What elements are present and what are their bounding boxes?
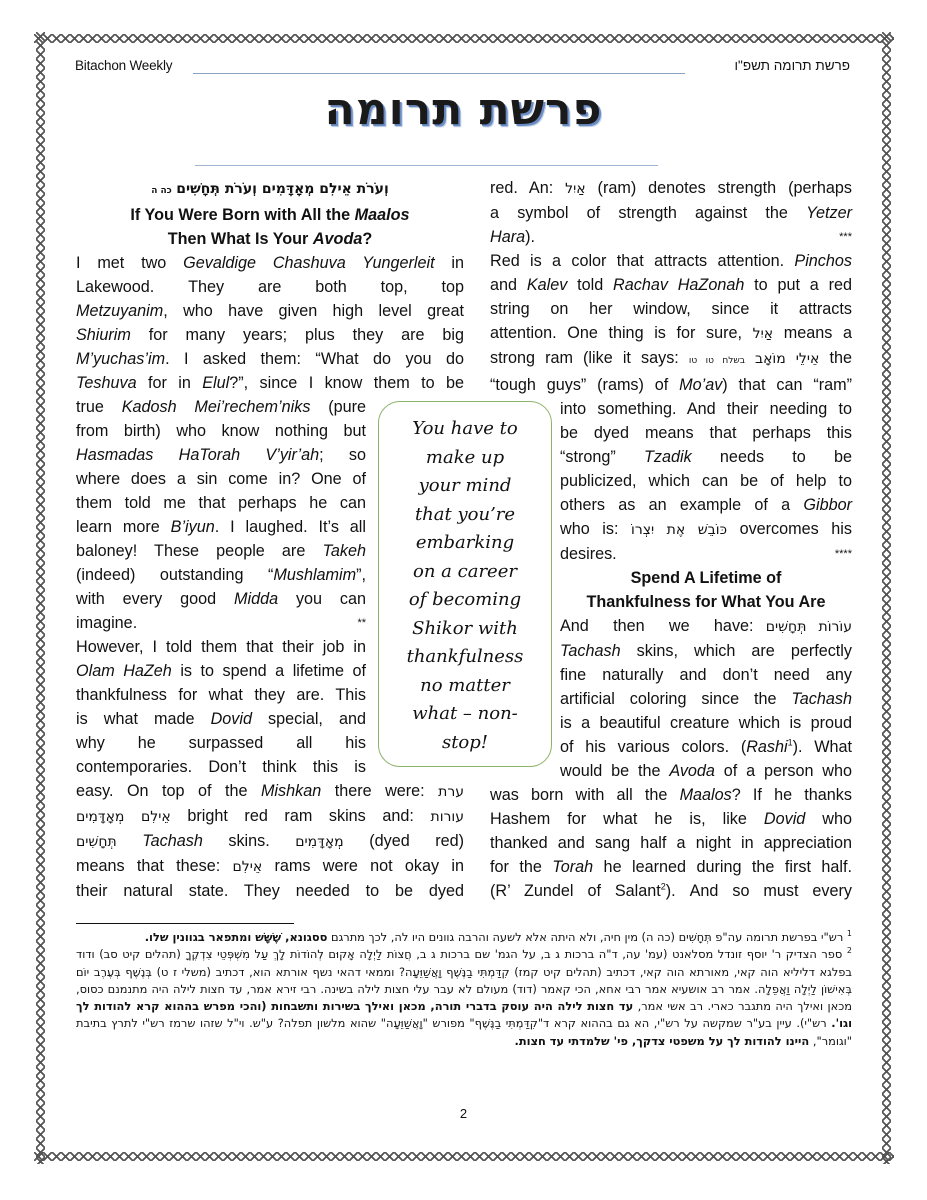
section-heading-hebrew: וְעֹרֹת אֵילִם מְאָדָּמִים וְעֹרֹת תְּחָ… (76, 176, 464, 203)
text-line: Olam HaZeh is to spend a lifetime of (76, 659, 366, 683)
publication-name: Bitachon Weekly (75, 58, 172, 73)
text-line: Lakewood. They are both top, top (76, 275, 464, 299)
text-line: publicized, which can be of help to (560, 469, 852, 493)
text-line: imagine.** (76, 611, 366, 635)
title-rule (195, 165, 658, 166)
text-line: strong ram (like it says: אֵילֵי מוֹאָב … (490, 346, 852, 373)
text-line: and Kalev told Rachav HaZonah to put a r… (490, 273, 852, 297)
footnote-1: 1 רש"י בפרשת תרומה עה"פ תְּחָשִׁים (כה ה… (76, 929, 852, 946)
text-line: with every good Midda you can (76, 587, 366, 611)
text-line: means that these: אֵילִם rams were not o… (76, 854, 464, 879)
right-column: red. An: אַיִל (ram) denotes strength (p… (490, 176, 852, 903)
decorative-border-left (34, 32, 48, 1164)
page-title: פרשת תרומה (0, 84, 927, 135)
text-line: Tachash skins, which are perfectly (560, 639, 852, 663)
parsha-year: פרשת תרומה תשפ"ו (735, 58, 850, 73)
section-stars: ** (357, 611, 366, 635)
text-line: from birth) who know nothing but (76, 419, 366, 443)
text-line: “strong” Tzadik needs to be (560, 445, 852, 469)
text-line: is what made Dovid special, and (76, 707, 366, 731)
text-line: where does a sin come in? One of (76, 467, 366, 491)
section-heading-line-1: Spend A Lifetime of (560, 566, 852, 590)
text-line: M’yuchas’im. I asked them: “What do you … (76, 347, 464, 371)
text-line: Metzuyanim, who have given high level gr… (76, 299, 464, 323)
text-line: (indeed) outstanding “Mushlamim”, (76, 563, 366, 587)
running-header: Bitachon Weekly פרשת תרומה תשפ"ו (75, 56, 850, 78)
footnote-ref-1[interactable]: 1 (788, 738, 793, 748)
text-line: thankfulness for what they are. This (76, 683, 366, 707)
text-line: them told me that perhaps he can (76, 491, 366, 515)
text-line: for the Torah he learned during the firs… (490, 855, 852, 879)
text-line: attention. One thing is for sure, אַיִל … (490, 321, 852, 346)
section-heading-line-1: If You Were Born with All the Maalos (76, 203, 464, 227)
footnotes: 1 רש"י בפרשת תרומה עה"פ תְּחָשִׁים (כה ה… (76, 929, 852, 1050)
text-line: would be the Avoda of a person who (560, 759, 852, 783)
text-line: is a beautiful creature which is proud (560, 711, 852, 735)
decorative-border-bottom (34, 1150, 894, 1164)
text-line: their natural state. They needed to be d… (76, 879, 464, 903)
text-line: true Kadosh Mei’rechem’niks (pure (76, 395, 366, 419)
section-heading-line-2: Then What Is Your Avoda? (76, 227, 464, 251)
footnote-2: 2 ספר הצדיק ר' יוסף זונדל מסלאנט (עמ' עה… (76, 946, 852, 1050)
text-line: thanked and sang half a night in appreci… (490, 831, 852, 855)
text-line: string on her window, since it attracts (490, 297, 852, 321)
text-line: be dyed means that perhaps this (560, 421, 852, 445)
text-line: I met two Gevaldige Chashuva Yungerleit … (76, 251, 464, 275)
text-line: אֵילִם מְאָדָּמִים bright red ram skins … (76, 804, 464, 829)
text-line: of his various colors. (Rashi1). What (560, 735, 852, 759)
text-line: artificial coloring since the Tachash (560, 687, 852, 711)
text-line: Teshuva for in Elul?”, since I know them… (76, 371, 464, 395)
footnote-separator (76, 923, 294, 924)
text-line: תְּחָשִׁים Tachash skins. מְאָדָּמִים (d… (76, 829, 464, 854)
text-line: “tough guys” (rams) of Mo’av) that can “… (490, 373, 852, 397)
text-line: desires.**** (560, 542, 852, 566)
text-line: Hara).*** (490, 225, 852, 249)
text-line: why he surpassed all his (76, 731, 366, 755)
text-line: was born with all the Maalos? If he than… (490, 783, 852, 807)
text-line: And then we have: עוֹרוֹת תְּחָשִׁים (560, 614, 852, 639)
page-number: 2 (0, 1106, 927, 1121)
text-line: red. An: אַיִל (ram) denotes strength (p… (490, 176, 852, 201)
section-stars: *** (839, 225, 852, 249)
text-line: others as an example of a Gibbor (560, 493, 852, 517)
text-line: fine naturally and don’t need any (560, 663, 852, 687)
text-line: easy. On top of the Mishkan there were: … (76, 779, 464, 804)
text-line: Red is a color that attracts attention. … (490, 249, 852, 273)
text-line: who is: כּוֹבֵשׁ אֶת יִצְרוֹ overcomes h… (560, 517, 852, 542)
footnote-ref-2[interactable]: 2 (661, 882, 666, 892)
text-line: (R’ Zundel of Salant2). And so must ever… (490, 879, 852, 903)
text-line: learn more B’iyun. I laughed. It’s all (76, 515, 366, 539)
text-line: However, I told them that their job in (76, 635, 366, 659)
text-line: into something. And their needing to (560, 397, 852, 421)
text-line: contemporaries. Don’t think this is (76, 755, 366, 779)
decorative-border-right (880, 32, 894, 1164)
header-rule (193, 73, 685, 74)
text-line: baloney! These people are Takeh (76, 539, 366, 563)
text-line: Hashem for what he is, like Dovid who (490, 807, 852, 831)
section-stars: **** (835, 542, 852, 566)
decorative-border-top (34, 32, 894, 46)
text-line: a symbol of strength against the Yetzer (490, 201, 852, 225)
text-line: Hasmadas HaTorah V’yir’ah; so (76, 443, 366, 467)
text-line: Shiurim for many years; plus they are bi… (76, 323, 464, 347)
section-heading-line-2: Thankfulness for What You Are (560, 590, 852, 614)
